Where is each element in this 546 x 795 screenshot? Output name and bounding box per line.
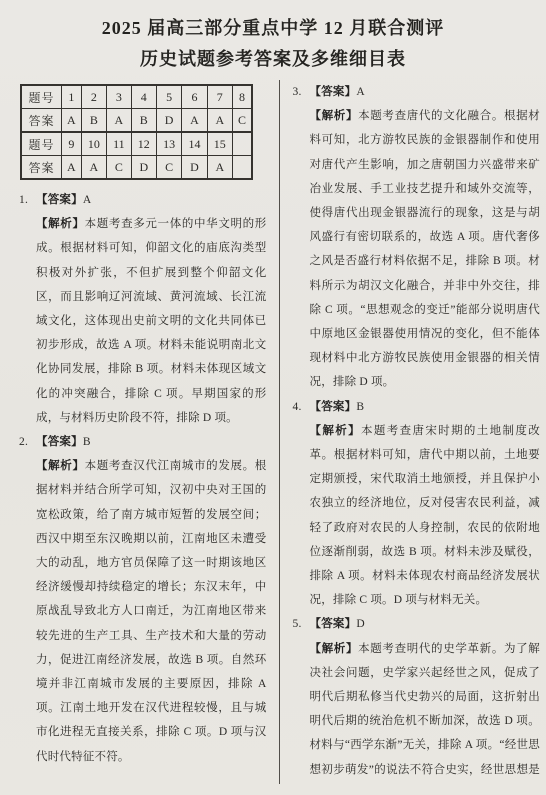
item-number: 1.: [19, 188, 28, 212]
answer-letter: A: [356, 86, 365, 98]
table-cell: A: [207, 156, 232, 180]
table-cell: 13: [156, 132, 181, 156]
answer-label: 【答案】: [36, 194, 83, 206]
table-cell: A: [81, 156, 106, 180]
analysis-label: 【解析】: [310, 643, 359, 655]
table-cell: 2: [81, 85, 106, 109]
item-answer-line: 2.【答案】B: [36, 430, 267, 454]
title-line-2: 历史试题参考答案及多维细目表: [0, 44, 546, 75]
item-number: 4.: [293, 395, 302, 419]
table-cell: A: [182, 109, 207, 133]
analysis-label: 【解析】: [310, 425, 361, 437]
table-cell: B: [131, 109, 156, 133]
table-cell: 9: [62, 132, 82, 156]
table-cell: 8: [232, 85, 252, 109]
table-cell: 12: [131, 132, 156, 156]
table-cell: D: [131, 156, 156, 180]
document-header: 2025 届高三部分重点中学 12 月联合测评 历史试题参考答案及多维细目表: [0, 0, 546, 75]
answer-letter: D: [356, 618, 365, 630]
table-row: 答案 A A C D C D A: [21, 156, 252, 180]
table-cell: B: [81, 109, 106, 133]
table-cell: [232, 156, 252, 180]
analysis-label: 【解析】: [36, 218, 85, 230]
item-1: 1.【答案】A 【解析】本题考查多元一体的中华文明的形成。根据材料可知，仰韶文化…: [19, 188, 267, 430]
item-analysis: 【解析】本题考查唐代的文化融合。根据材料可知，北方游牧民族的金银器制作和使用对唐…: [310, 104, 541, 394]
analysis-text: 本题考查汉代江南城市的发展。根据材料并结合所学可知，汉初中央对王国的宽松政策，给…: [36, 460, 267, 762]
table-cell: [232, 132, 252, 156]
item-analysis: 【解析】本题考查唐宋时期的土地制度改革。根据材料可知，唐代中期以前，土地要定期颁…: [310, 419, 541, 613]
answer-label: 【答案】: [36, 436, 83, 448]
analysis-text: 本题考查多元一体的中华文明的形成。根据材料可知，仰韶文化的庙底沟类型积极对外扩张…: [36, 218, 267, 424]
table-cell: 14: [182, 132, 207, 156]
table-cell: C: [156, 156, 181, 180]
analysis-text: 本题考查唐代的文化融合。根据材料可知，北方游牧民族的金银器制作和使用对唐代产生影…: [310, 110, 541, 388]
item-number: 5.: [293, 612, 302, 636]
table-header-cell: 答案: [21, 156, 62, 180]
item-answer-line: 4.【答案】B: [310, 395, 541, 419]
table-header-cell: 题号: [21, 85, 62, 109]
analysis-label: 【解析】: [36, 460, 85, 472]
table-cell: 10: [81, 132, 106, 156]
table-row: 题号 9 10 11 12 13 14 15: [21, 132, 252, 156]
table-cell: A: [107, 109, 132, 133]
table-cell: 1: [62, 85, 82, 109]
table-cell: 5: [156, 85, 181, 109]
item-2: 2.【答案】B 【解析】本题考查汉代江南城市的发展。根据材料并结合所学可知，汉初…: [19, 430, 267, 769]
table-header-cell: 题号: [21, 132, 62, 156]
item-number: 2.: [19, 430, 28, 454]
table-header-cell: 答案: [21, 109, 62, 133]
item-answer-line: 5.【答案】D: [310, 612, 541, 636]
table-cell: C: [107, 156, 132, 180]
answer-letter: B: [356, 401, 364, 413]
answer-label: 【答案】: [310, 618, 357, 630]
analysis-text: 本题考查唐宋时期的土地制度改革。根据材料可知，唐代中期以前，土地要定期颁授，宋代…: [310, 425, 541, 606]
table-cell: D: [182, 156, 207, 180]
table-cell: A: [62, 156, 82, 180]
item-4: 4.【答案】B 【解析】本题考查唐宋时期的土地制度改革。根据材料可知，唐代中期以…: [293, 395, 541, 613]
item-answer-line: 1.【答案】A: [36, 188, 267, 212]
answer-key-table: 题号 1 2 3 4 5 6 7 8 答案 A B A B D A A C: [20, 84, 253, 180]
analysis-label: 【解析】: [310, 110, 359, 122]
answer-letter: A: [83, 194, 92, 206]
table-cell: 3: [107, 85, 132, 109]
table-row: 题号 1 2 3 4 5 6 7 8: [21, 85, 252, 109]
table-cell: 6: [182, 85, 207, 109]
table-cell: A: [62, 109, 82, 133]
answer-label: 【答案】: [310, 86, 357, 98]
item-answer-line: 3.【答案】A: [310, 80, 541, 104]
table-row: 答案 A B A B D A A C: [21, 109, 252, 133]
table-cell: D: [156, 109, 181, 133]
item-analysis: 【解析】本题考查多元一体的中华文明的形成。根据材料可知，仰韶文化的庙底沟类型积极…: [36, 212, 267, 430]
item-analysis: 【解析】本题考查汉代江南城市的发展。根据材料并结合所学可知，汉初中央对王国的宽松…: [36, 454, 267, 769]
title-line-1: 2025 届高三部分重点中学 12 月联合测评: [0, 13, 546, 44]
table-cell: 11: [107, 132, 132, 156]
table-cell: 4: [131, 85, 156, 109]
item-3: 3.【答案】A 【解析】本题考查唐代的文化融合。根据材料可知，北方游牧民族的金银…: [293, 80, 541, 395]
two-column-body: 题号 1 2 3 4 5 6 7 8 答案 A B A B D A A C: [19, 80, 540, 784]
table-cell: A: [207, 109, 232, 133]
table-cell: 7: [207, 85, 232, 109]
table-cell: C: [232, 109, 252, 133]
answer-letter: B: [83, 436, 91, 448]
answer-label: 【答案】: [310, 401, 357, 413]
item-number: 3.: [293, 80, 302, 104]
table-cell: 15: [207, 132, 232, 156]
